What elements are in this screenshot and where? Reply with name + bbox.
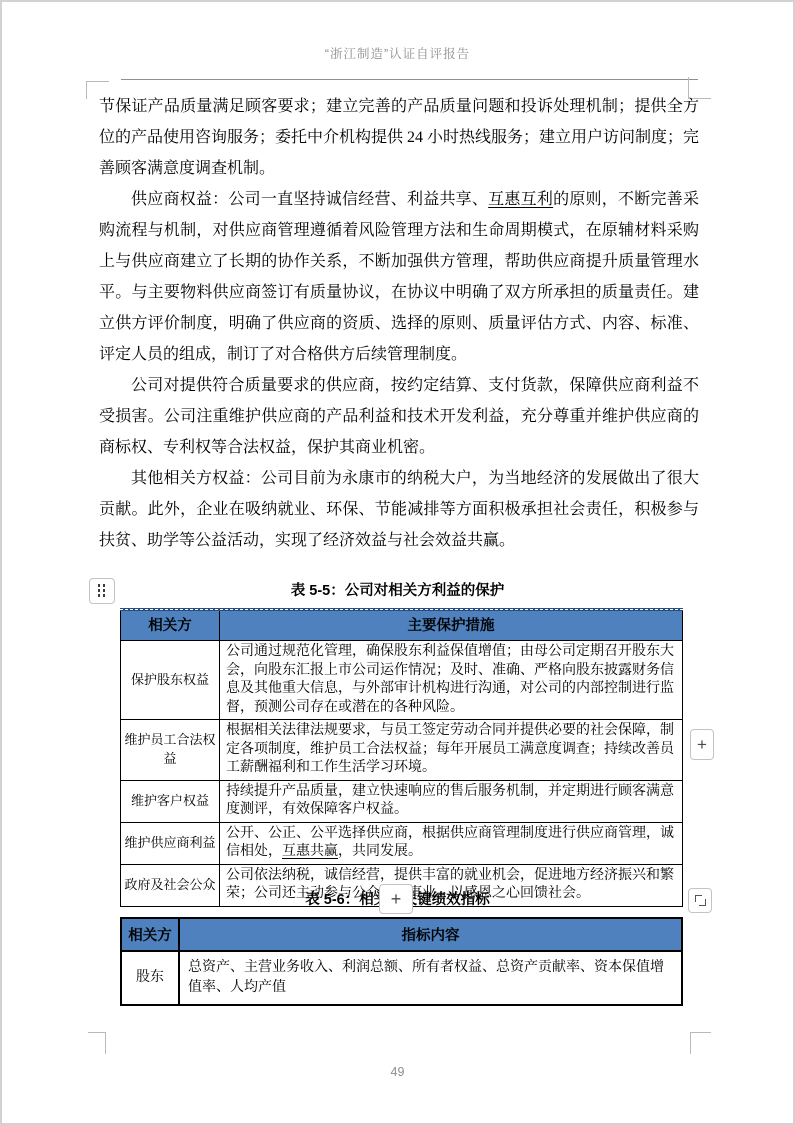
document-page: “浙江制造”认证自评报告 节保证产品质量满足顾客要求；建立完善的产品质量问题和投… [0, 0, 795, 1125]
cell-measure[interactable]: 持续提升产品质量，建立快速响应的售后服务机制，并定期进行顾客满意度测评，有效保障… [220, 780, 683, 822]
expand-table-button[interactable] [688, 888, 712, 913]
plus-icon: + [391, 889, 402, 910]
paragraph-customer-rights[interactable]: 节保证产品质量满足顾客要求；建立完善的产品质量问题和投诉处理机制；提供全方位的产… [99, 91, 699, 184]
crop-mark-bottom-right-icon [690, 1032, 711, 1054]
paragraph-supplier-rights[interactable]: 供应商权益：公司一直坚持诚信经营、利益共享、互惠互利的原则，不断完善采购流程与机… [99, 184, 699, 370]
paragraph-other-stakeholders[interactable]: 其他相关方权益：公司目前为永康市的纳税大户，为当地经济的发展做出了很大贡献。此外… [99, 463, 699, 556]
table-5-5-caption[interactable]: 表 5-5：公司对相关方利益的保护 [2, 579, 793, 600]
text-run: 的原则，不断完善采购流程与机制，对供应商管理遵循着风险管理方法和生命周期模式，在… [99, 191, 699, 363]
cell-stakeholder[interactable]: 保护股东权益 [121, 641, 220, 720]
cell-stakeholder[interactable]: 维护供应商利益 [121, 822, 220, 864]
plus-icon: + [697, 735, 707, 755]
table-row: 维护员工合法权益 根据相关法律法规要求，与员工签定劳动合同并提供必要的社会保障，… [121, 720, 683, 781]
header-cell-indicators[interactable]: 指标内容 [179, 918, 682, 951]
add-row-button[interactable]: + [690, 729, 714, 760]
header-cell-stakeholder[interactable]: 相关方 [121, 918, 179, 951]
cell-stakeholder[interactable]: 维护员工合法权益 [121, 720, 220, 781]
cell-stakeholder[interactable]: 维护客户权益 [121, 780, 220, 822]
header-cell-measures[interactable]: 主要保护措施 [220, 609, 683, 641]
paragraph-supplier-payment[interactable]: 公司对提供符合质量要求的供应商，按约定结算、支付货款，保障供应商利益不受损害。公… [99, 370, 699, 463]
document-body: 节保证产品质量满足顾客要求；建立完善的产品质量问题和投诉处理机制；提供全方位的产… [99, 91, 699, 556]
header-divider [121, 79, 698, 80]
page-header-title: “浙江制造”认证自评报告 [2, 44, 793, 62]
table-row: 维护供应商利益 公开、公正、公平选择供应商，根据供应商管理制度进行供应商管理，诚… [121, 822, 683, 864]
cell-stakeholder[interactable]: 股东 [121, 951, 179, 1005]
crop-mark-bottom-left-icon [88, 1032, 106, 1054]
cell-measure[interactable]: 公开、公正、公平选择供应商，根据供应商管理制度进行供应商管理，诚信相处，互惠共赢… [220, 822, 683, 864]
table-row: 股东 总资产、主营业务收入、利润总额、所有者权益、总资产贡献率、资本保值增值率、… [121, 951, 682, 1005]
table-row: 维护客户权益 持续提升产品质量，建立快速响应的售后服务机制，并定期进行顾客满意度… [121, 780, 683, 822]
kpi-table: 相关方 指标内容 股东 总资产、主营业务收入、利润总额、所有者权益、总资产贡献率… [120, 917, 683, 1006]
stakeholder-protection-table: 相关方 主要保护措施 保护股东权益 公司通过规范化管理，确保股东利益保值增值；由… [120, 608, 683, 907]
page-number: 49 [2, 1065, 793, 1079]
insert-button[interactable]: + [379, 884, 413, 914]
header-cell-stakeholder[interactable]: 相关方 [121, 609, 220, 641]
text-run: ，共同发展。 [338, 844, 422, 859]
cell-indicator-content[interactable]: 总资产、主营业务收入、利润总额、所有者权益、总资产贡献率、资本保值增值率、人均产… [179, 951, 682, 1005]
underlined-text-run: 互惠共赢 [282, 844, 338, 859]
table-header-row: 相关方 主要保护措施 [121, 609, 683, 641]
text-run: 供应商权益：公司一直坚持诚信经营、利益共享、 [131, 191, 488, 208]
cell-measure[interactable]: 根据相关法律法规要求，与员工签定劳动合同并提供必要的社会保障，制定各项制度，维护… [220, 720, 683, 781]
table-row: 保护股东权益 公司通过规范化管理，确保股东利益保值增值；由母公司定期召开股东大会… [121, 641, 683, 720]
cell-measure[interactable]: 公司通过规范化管理，确保股东利益保值增值；由母公司定期召开股东大会，向股东汇报上… [220, 641, 683, 720]
underlined-text-run: 互惠互利 [488, 191, 553, 208]
table-header-row: 相关方 指标内容 [121, 918, 682, 951]
expand-corners-icon [695, 895, 706, 906]
